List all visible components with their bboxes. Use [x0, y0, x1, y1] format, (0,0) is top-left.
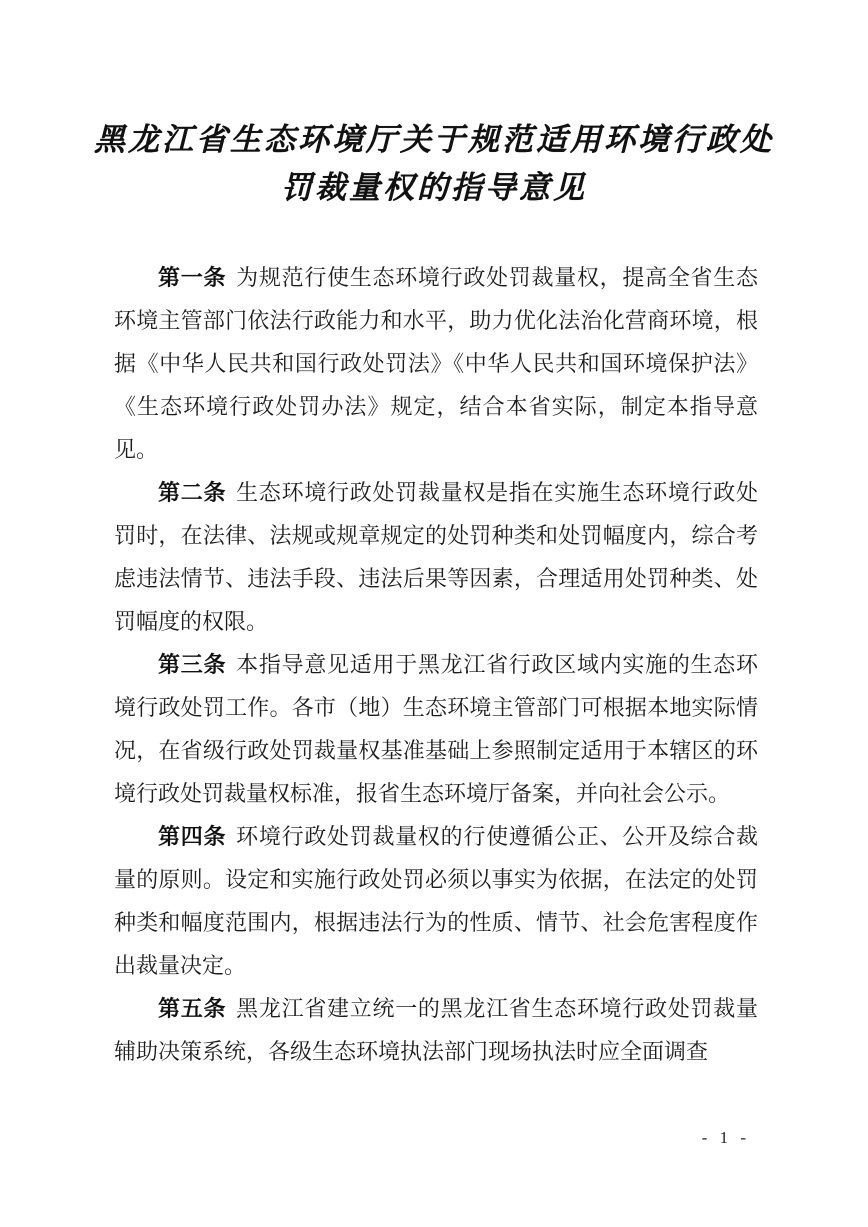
document-body: 第一条为规范行使生态环境行政处罚裁量权，提高全省生态环境主管部门依法行政能力和水…: [114, 256, 758, 1073]
article-paragraph: 第三条本指导意见适用于黑龙江省行政区域内实施的生态环境行政处罚工作。各市（地）生…: [114, 643, 758, 815]
article-number-label: 第四条: [158, 824, 226, 849]
document-title-line1: 黑龙江省生态环境厅关于规范适用环境行政处: [56, 116, 812, 164]
article-text: 为规范行使生态环境行政处罚裁量权，提高全省生态环境主管部门依法行政能力和水平，助…: [114, 265, 758, 462]
article-number-label: 第三条: [158, 652, 226, 677]
page-number: - 1 -: [702, 1128, 750, 1148]
article-paragraph: 第五条黑龙江省建立统一的黑龙江省生态环境行政处罚裁量辅助决策系统，各级生态环境执…: [114, 987, 758, 1073]
article-number-label: 第二条: [158, 480, 226, 505]
article-number-label: 第一条: [158, 265, 226, 290]
document-title: 黑龙江省生态环境厅关于规范适用环境行政处 罚裁量权的指导意见: [56, 116, 812, 212]
document-page: 黑龙江省生态环境厅关于规范适用环境行政处 罚裁量权的指导意见 第一条为规范行使生…: [0, 0, 868, 1227]
document-title-line2: 罚裁量权的指导意见: [56, 164, 812, 212]
article-paragraph: 第四条环境行政处罚裁量权的行使遵循公正、公开及综合裁量的原则。设定和实施行政处罚…: [114, 815, 758, 987]
article-paragraph: 第一条为规范行使生态环境行政处罚裁量权，提高全省生态环境主管部门依法行政能力和水…: [114, 256, 758, 471]
article-paragraph: 第二条生态环境行政处罚裁量权是指在实施生态环境行政处罚时，在法律、法规或规章规定…: [114, 471, 758, 643]
article-number-label: 第五条: [158, 996, 226, 1021]
